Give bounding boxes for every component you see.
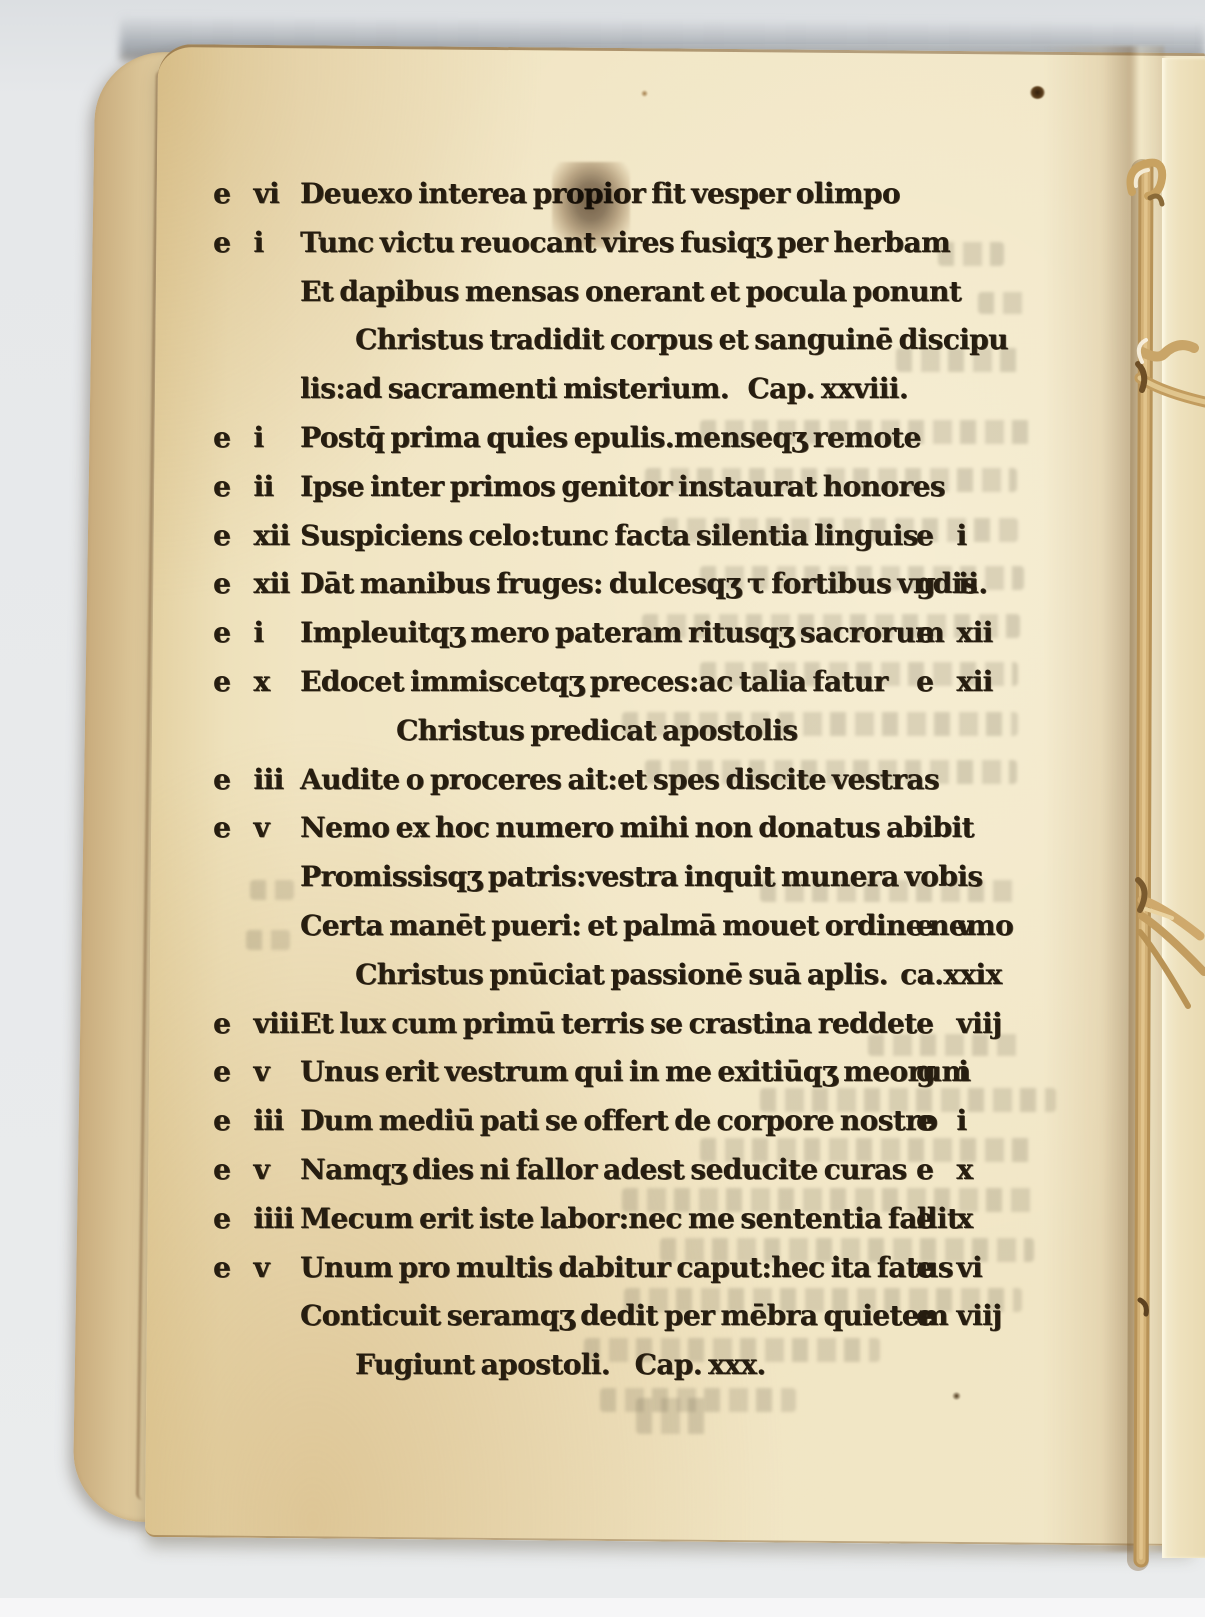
show-through-ghost-text (700, 420, 1030, 444)
show-through-ghost-text (978, 292, 1030, 314)
show-through-ghost-text (642, 614, 1020, 638)
show-through-ghost-text (622, 712, 1018, 736)
show-through-ghost-text (760, 880, 1016, 902)
fox-spot (952, 1392, 961, 1400)
fox-spot (641, 90, 648, 97)
show-through-ghost-text (636, 1398, 710, 1434)
binding-cord (1080, 140, 1205, 1590)
show-through-ghost-text (700, 1138, 1036, 1162)
show-through-ghost-text (645, 760, 1017, 784)
show-through-ghost-text (246, 930, 290, 950)
fox-spot (1030, 86, 1045, 99)
scanner-glass-edge (0, 1598, 1205, 1617)
show-through-ghost-text (896, 348, 1024, 372)
show-through-ghost-text (700, 662, 1018, 686)
show-through-ghost-text (622, 1188, 1038, 1212)
show-through-ghost-text (868, 1034, 1024, 1056)
scanned-book-page: e vi Deuexo interea propior fit vesper o… (0, 0, 1205, 1617)
show-through-ghost-text (760, 1088, 1056, 1112)
show-through-ghost-text (700, 566, 1024, 590)
show-through-ghost-text (250, 880, 294, 900)
ink-blot-stain (552, 162, 630, 248)
show-through-ghost-text (660, 1238, 1034, 1262)
show-through-ghost-text (662, 518, 1018, 542)
show-through-ghost-text (624, 1288, 1022, 1312)
show-through-ghost-text (584, 1338, 880, 1362)
show-through-ghost-text (938, 242, 1004, 266)
show-through-ghost-text (645, 468, 1017, 492)
